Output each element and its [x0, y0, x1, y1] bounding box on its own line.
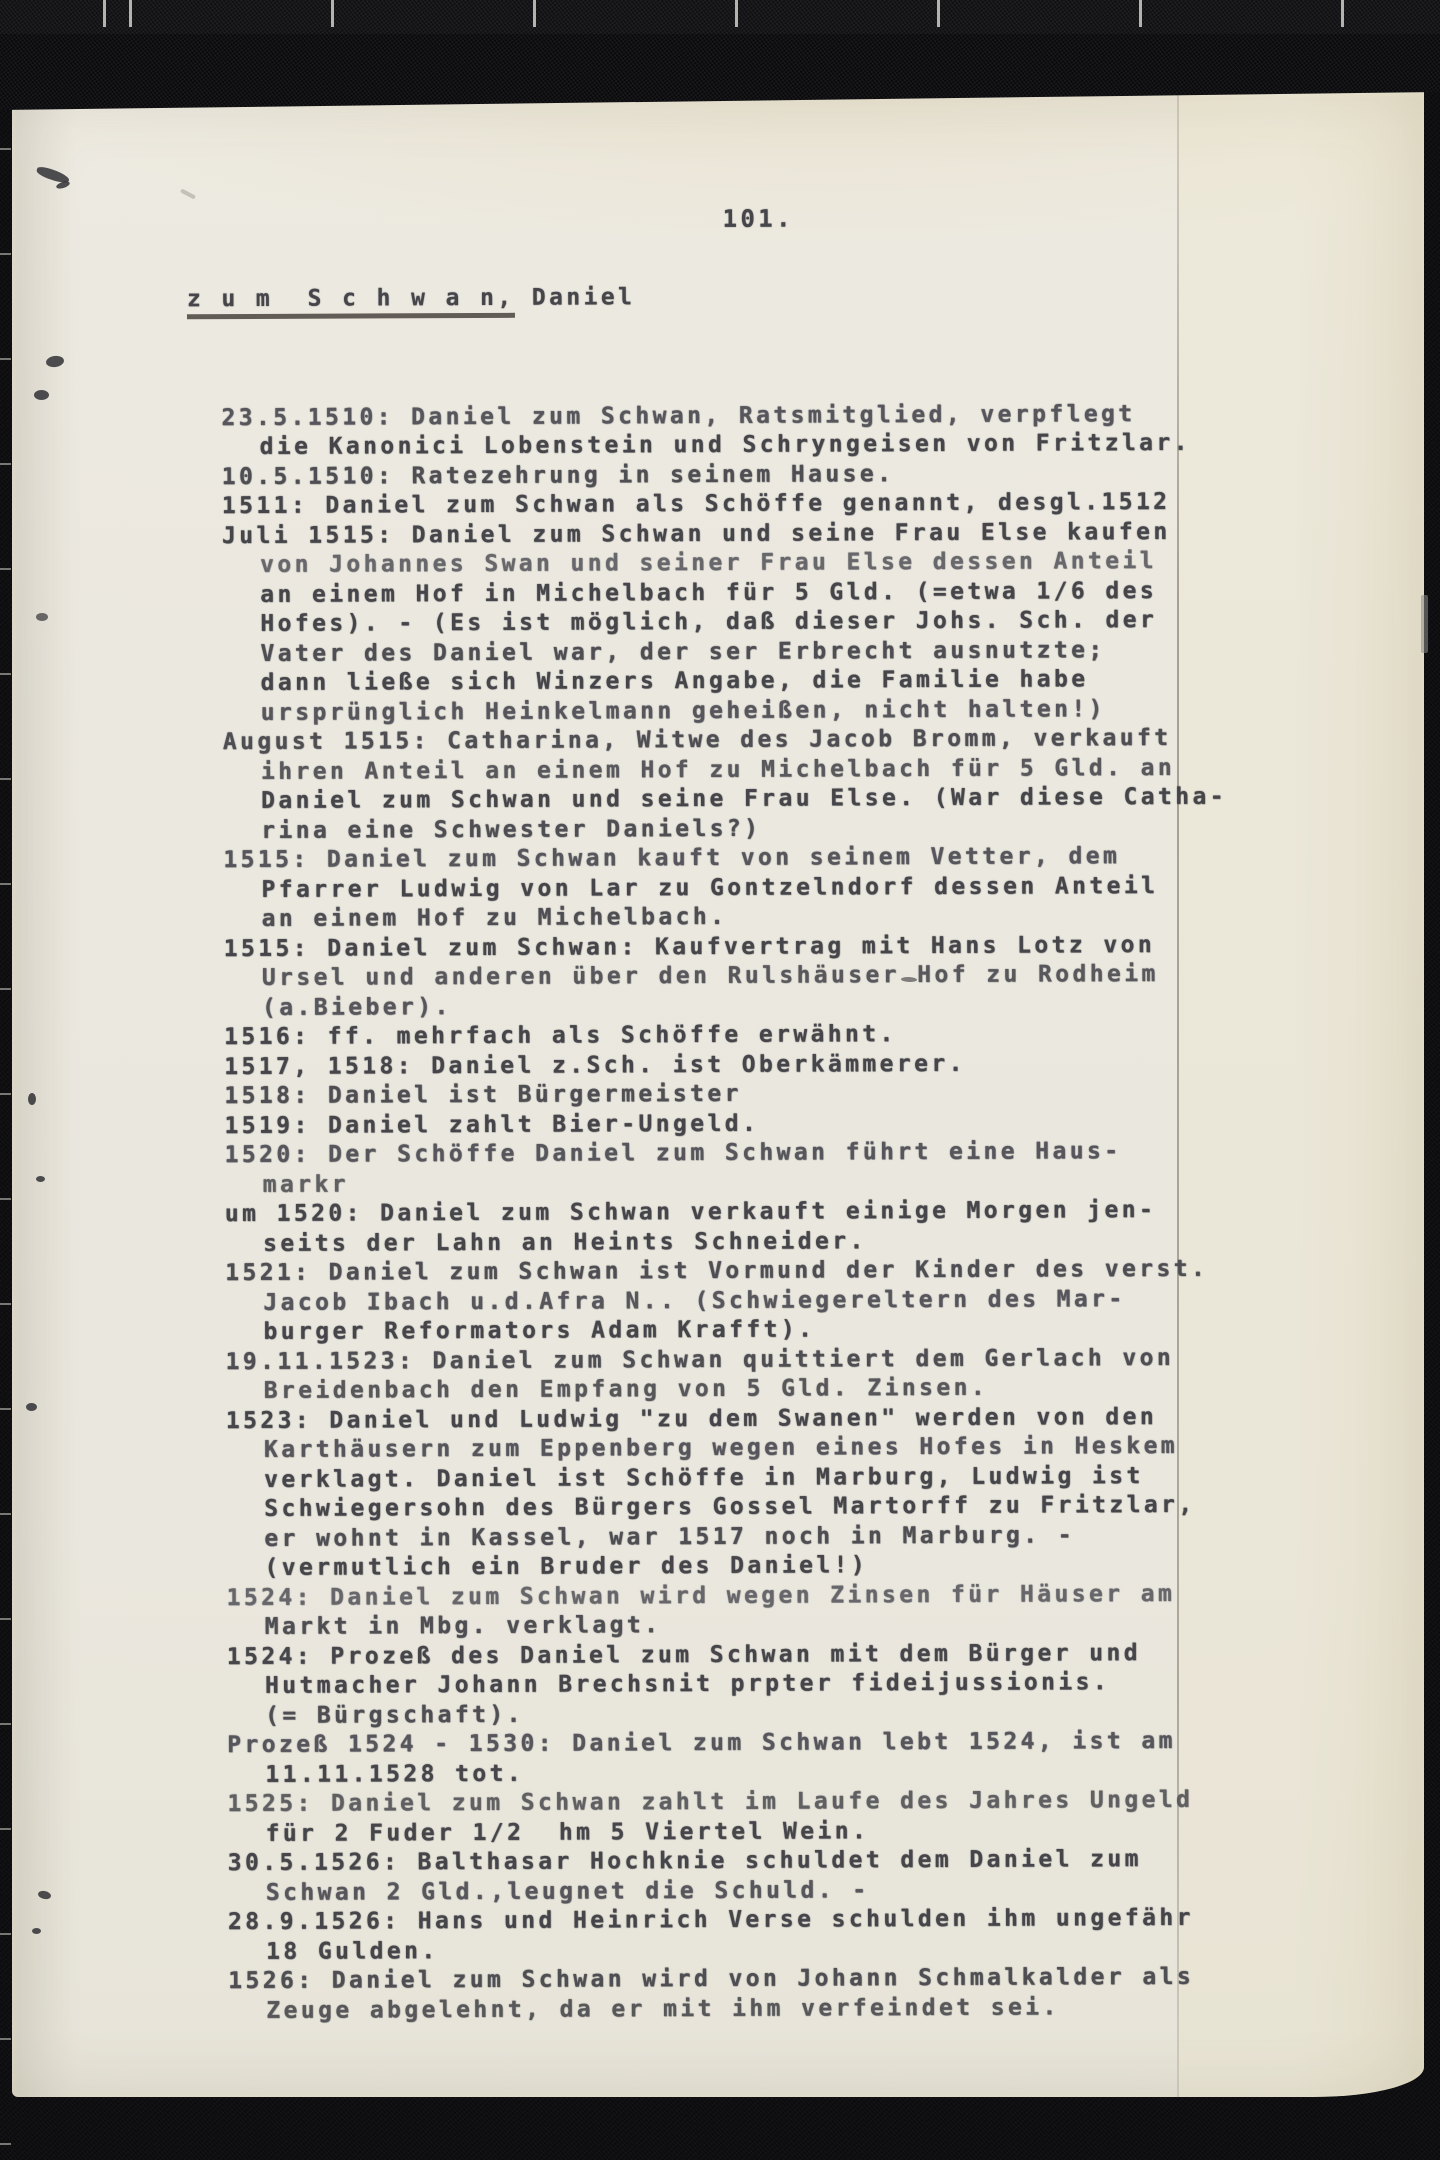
typed-line: Hofes). - (Es ist möglich, daß dieser Jo…	[222, 606, 1232, 640]
typed-line: Schwiegersohn des Bürgers Gossel Martorf…	[226, 1491, 1236, 1525]
typed-line: 1516: ff. mehrfach als Schöffe erwähnt.	[224, 1019, 1234, 1053]
typed-line: 1524: Prozeß des Daniel zum Schwan mit d…	[227, 1638, 1237, 1672]
document-page: 101. z u m S c h w a n, Daniel 23.5.1510…	[12, 90, 1424, 2097]
typed-line: Markt in Mbg. verklagt.	[227, 1609, 1237, 1643]
ink-speck	[32, 1928, 41, 1934]
typed-line: Prozeß 1524 - 1530: Daniel zum Schwan le…	[227, 1727, 1237, 1761]
film-frame-tick-marks	[0, 0, 1440, 27]
typed-line: 1519: Daniel zahlt Bier-Ungeld.	[224, 1107, 1234, 1141]
typed-line: Zeuge abgelehnt, da er mit ihm verfeinde…	[228, 1992, 1238, 2026]
typed-line: Daniel zum Schwan und seine Frau Else. (…	[223, 783, 1233, 817]
typed-line: Vater des Daniel war, der ser Erbrecht a…	[222, 635, 1232, 669]
typed-line: Hutmacher Johann Brechsnit prpter fideij…	[227, 1668, 1237, 1702]
page-number: 101.	[723, 205, 795, 233]
typed-line: 1526: Daniel zum Schwan wird von Johann …	[228, 1963, 1238, 1997]
typed-line: 10.5.1510: Ratezehrung in seinem Hause.	[222, 458, 1232, 492]
typed-content: 101. z u m S c h w a n, Daniel 23.5.1510…	[12, 84, 1433, 2097]
typed-line: 1518: Daniel ist Bürgermeister	[224, 1078, 1234, 1112]
typed-line: verklagt. Daniel ist Schöffe in Marburg,…	[226, 1461, 1236, 1495]
typed-line: 1521: Daniel zum Schwan ist Vormund der …	[225, 1255, 1235, 1289]
typed-line: für 2 Fuder 1/2 hm 5 Viertel Wein.	[228, 1815, 1238, 1849]
heading-rest-part: Daniel	[515, 284, 636, 311]
typed-line: 23.5.1510: Daniel zum Schwan, Ratsmitgli…	[221, 399, 1231, 433]
typed-line: 30.5.1526: Balthasar Hochknie schuldet d…	[228, 1845, 1238, 1879]
entry-heading: z u m S c h w a n, Daniel	[187, 284, 636, 312]
typed-line: 1524: Daniel zum Schwan wird wegen Zinse…	[227, 1579, 1237, 1613]
typed-line: (vermutlich ein Bruder des Daniel!)	[226, 1550, 1236, 1584]
typed-line: 1520: Der Schöffe Daniel zum Schwan führ…	[225, 1137, 1235, 1171]
ink-speck	[36, 1176, 45, 1182]
ink-speck	[28, 1093, 36, 1105]
typed-line: er wohnt in Kassel, war 1517 noch in Mar…	[226, 1520, 1236, 1554]
typed-line: August 1515: Catharina, Witwe des Jacob …	[223, 724, 1233, 758]
typed-line: (a.Bieber).	[224, 989, 1234, 1023]
typed-line: die Kanonici Lobenstein und Schryngeisen…	[221, 429, 1231, 463]
typed-line: burger Reformators Adam Krafft).	[225, 1314, 1235, 1348]
typed-line: (= Bürgschaft).	[227, 1697, 1237, 1731]
typed-line: 28.9.1526: Hans und Heinrich Verse schul…	[228, 1904, 1238, 1938]
ink-speck	[26, 1403, 37, 1411]
typed-line: Jacob Ibach u.d.Afra N.. (Schwiegerelter…	[225, 1284, 1235, 1318]
typed-line: um 1520: Daniel zum Schwan verkauft eini…	[225, 1196, 1235, 1230]
typed-line: ursprünglich Heinkelmann geheißen, nicht…	[223, 694, 1233, 728]
typed-line: 18 Gulden.	[228, 1933, 1238, 1967]
typed-line: 1523: Daniel und Ludwig "zu dem Swanen" …	[226, 1402, 1236, 1436]
typed-line: an einem Hof in Michelbach für 5 Gld. (=…	[222, 576, 1232, 610]
typed-line: seits der Lahn an Heints Schneider.	[225, 1225, 1235, 1259]
typed-line: 1515: Daniel zum Schwan kauft von seinem…	[223, 842, 1233, 876]
typed-line: Pfarrer Ludwig von Lar zu Gontzelndorf d…	[223, 871, 1233, 905]
ink-speck	[34, 390, 49, 400]
typed-line: Schwan 2 Gld.,leugnet die Schuld. -	[228, 1874, 1238, 1908]
typed-line: Breidenbach den Empfang von 5 Gld. Zinse…	[226, 1373, 1236, 1407]
typed-line: Juli 1515: Daniel zum Schwan und seine F…	[222, 517, 1232, 551]
typed-line: rina eine Schwester Daniels?)	[223, 812, 1233, 846]
typed-text-block: 23.5.1510: Daniel zum Schwan, Ratsmitgli…	[221, 311, 1238, 2026]
ink-speck	[36, 613, 48, 621]
typed-line: 11.11.1528 tot.	[227, 1756, 1237, 1790]
typed-line: 1517, 1518: Daniel z.Sch. ist Oberkämmer…	[224, 1048, 1234, 1082]
typed-line: 1511: Daniel zum Schwan als Schöffe gena…	[222, 488, 1232, 522]
typed-line: 1515: Daniel zum Schwan: Kaufvertrag mit…	[224, 930, 1234, 964]
typed-line: ihren Anteil an einem Hof zu Michelbach …	[223, 753, 1233, 787]
typed-line: dann ließe sich Winzers Angabe, die Fami…	[223, 665, 1233, 699]
typed-line: 1525: Daniel zum Schwan zahlt im Laufe d…	[227, 1786, 1237, 1820]
typed-line: Karthäusern zum Eppenberg wegen eines Ho…	[226, 1432, 1236, 1466]
typed-line: Ursel und anderen über den Rulshäuser Ho…	[224, 960, 1234, 994]
typed-line: an einem Hof zu Michelbach.	[224, 901, 1234, 935]
microfilm-frame: 101. z u m S c h w a n, Daniel 23.5.1510…	[0, 0, 1440, 2160]
typed-line: markr	[225, 1166, 1235, 1200]
typed-line: von Johannes Swan und seiner Frau Else d…	[222, 547, 1232, 581]
typed-line: 19.11.1523: Daniel zum Schwan quittiert …	[225, 1343, 1235, 1377]
film-edge-left	[0, 112, 11, 2160]
